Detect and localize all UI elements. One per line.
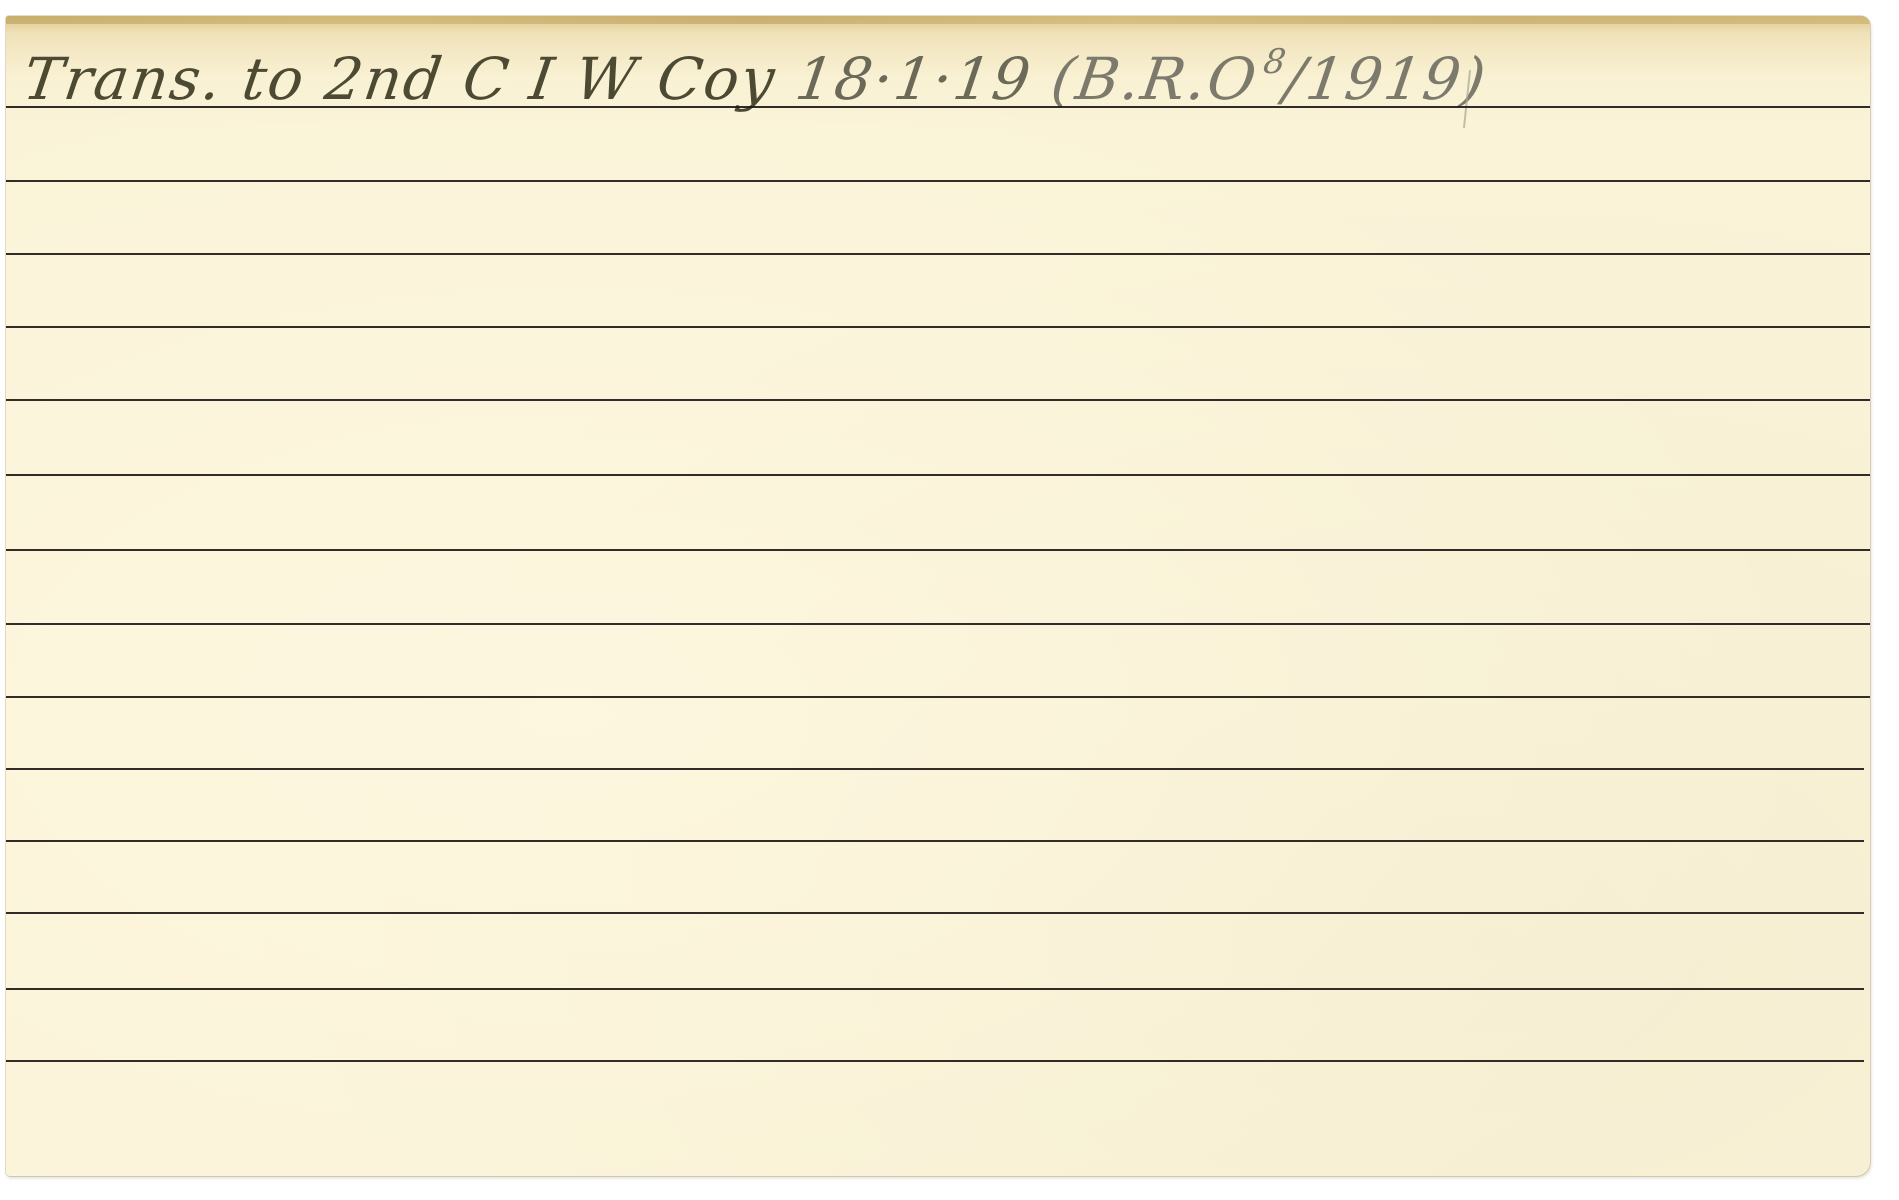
scanned-record-card-scene: Trans. to 2nd C I W Coy 18·1·19 (B.R.O8/…	[0, 0, 1899, 1200]
ruled-line	[6, 696, 1870, 698]
handwritten-reference-close: /1919)	[1280, 45, 1491, 113]
ruled-line	[6, 549, 1870, 551]
ruled-line	[6, 912, 1864, 914]
handwritten-transfer-note: Trans. to 2nd C I W Coy	[19, 45, 780, 113]
ruled-line	[6, 474, 1870, 476]
ruled-line	[6, 399, 1870, 401]
ruled-line	[6, 106, 1870, 108]
ruled-line	[6, 840, 1864, 842]
ruled-line	[6, 988, 1864, 990]
ruled-line	[6, 253, 1870, 255]
handwritten-date: 18·1·19	[791, 45, 1036, 113]
ruled-line	[6, 326, 1870, 328]
handwritten-reference-open: (B.R.O	[1047, 45, 1262, 113]
handwritten-entry: Trans. to 2nd C I W Coy 18·1·19 (B.R.O8/…	[20, 50, 1491, 108]
ruled-line	[6, 1060, 1864, 1062]
ruled-line	[6, 768, 1864, 770]
card-top-stained-edge	[6, 16, 1870, 24]
record-card: Trans. to 2nd C I W Coy 18·1·19 (B.R.O8/…	[6, 16, 1870, 1176]
ruled-line	[6, 623, 1870, 625]
ruled-line	[6, 180, 1870, 182]
